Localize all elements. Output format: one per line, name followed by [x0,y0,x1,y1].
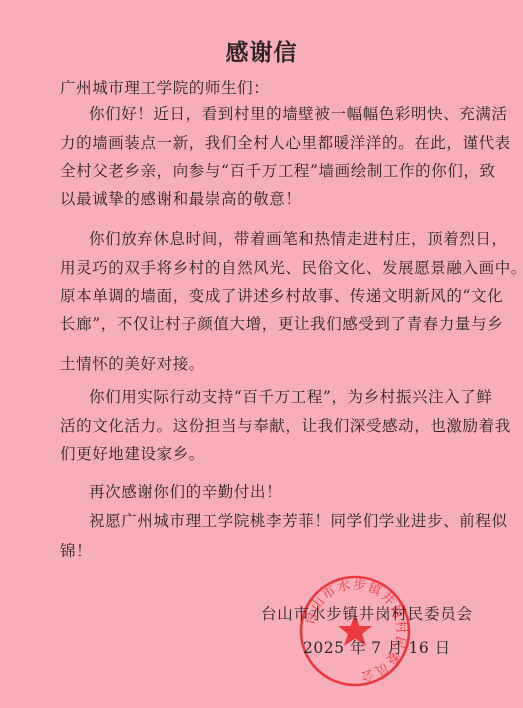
paragraph-3-line-3: 们更好地建设家乡。 [60,444,464,464]
letter-page: 感谢信 广州城市理工学院的师生们： 你们好！近日，看到村里的墙壁被一幅幅色彩明快… [0,0,523,708]
paragraph-5-line-2: 锦！ [60,541,464,561]
paragraph-4-line-1: 再次感谢你们的辛勤付出！ [89,482,464,502]
paragraph-2-line-2: 用灵巧的双手将乡村的自然风光、民俗文化、发展愿景融入画中。 [60,258,464,278]
official-seal-stamp: 台山市水步镇井岗村民委员会 [298,574,412,688]
paragraph-2-line-5: 土情怀的美好对接。 [60,354,464,374]
paragraph-3-line-1: 你们用实际行动支持“百千万工程”，为乡村振兴注入了鲜 [89,387,464,407]
salutation: 广州城市理工学院的师生们： [60,78,464,98]
paragraph-3-line-2: 活的文化活力。这份担当与奉献，让我们深受感动，也激励着我 [60,416,464,436]
signature-date: 2025 年 7 月 16 日 [303,636,451,658]
paragraph-1-line-2: 力的墙画装点一新，我们全村人心里都暖洋洋的。在此，谨代表 [60,133,464,153]
paragraph-1-line-1: 你们好！近日，看到村里的墙壁被一幅幅色彩明快、充满活 [89,104,464,124]
paragraph-2-line-4: 长廊”，不仅让村子颜值大增，更让我们感受到了青春力量与乡 [60,314,464,334]
signature-organization: 台山市水步镇井岗村民委员会 [261,602,473,624]
paragraph-2-line-3: 原本单调的墙面，变成了讲述乡村故事、传递文明新风的“文化 [60,286,464,306]
letter-title: 感谢信 [0,34,523,67]
paragraph-1-line-4: 以最诚挚的感谢和最崇高的敬意！ [60,189,464,209]
paragraph-2-line-1: 你们放弃休息时间，带着画笔和热情走进村庄，顶着烈日， [89,229,464,249]
paragraph-1-line-3: 全村父老乡亲，向参与“百千万工程”墙画绘制工作的你们，致 [60,161,464,181]
paragraph-5-line-1: 祝愿广州城市理工学院桃李芳菲！同学们学业进步、前程似 [89,511,464,531]
